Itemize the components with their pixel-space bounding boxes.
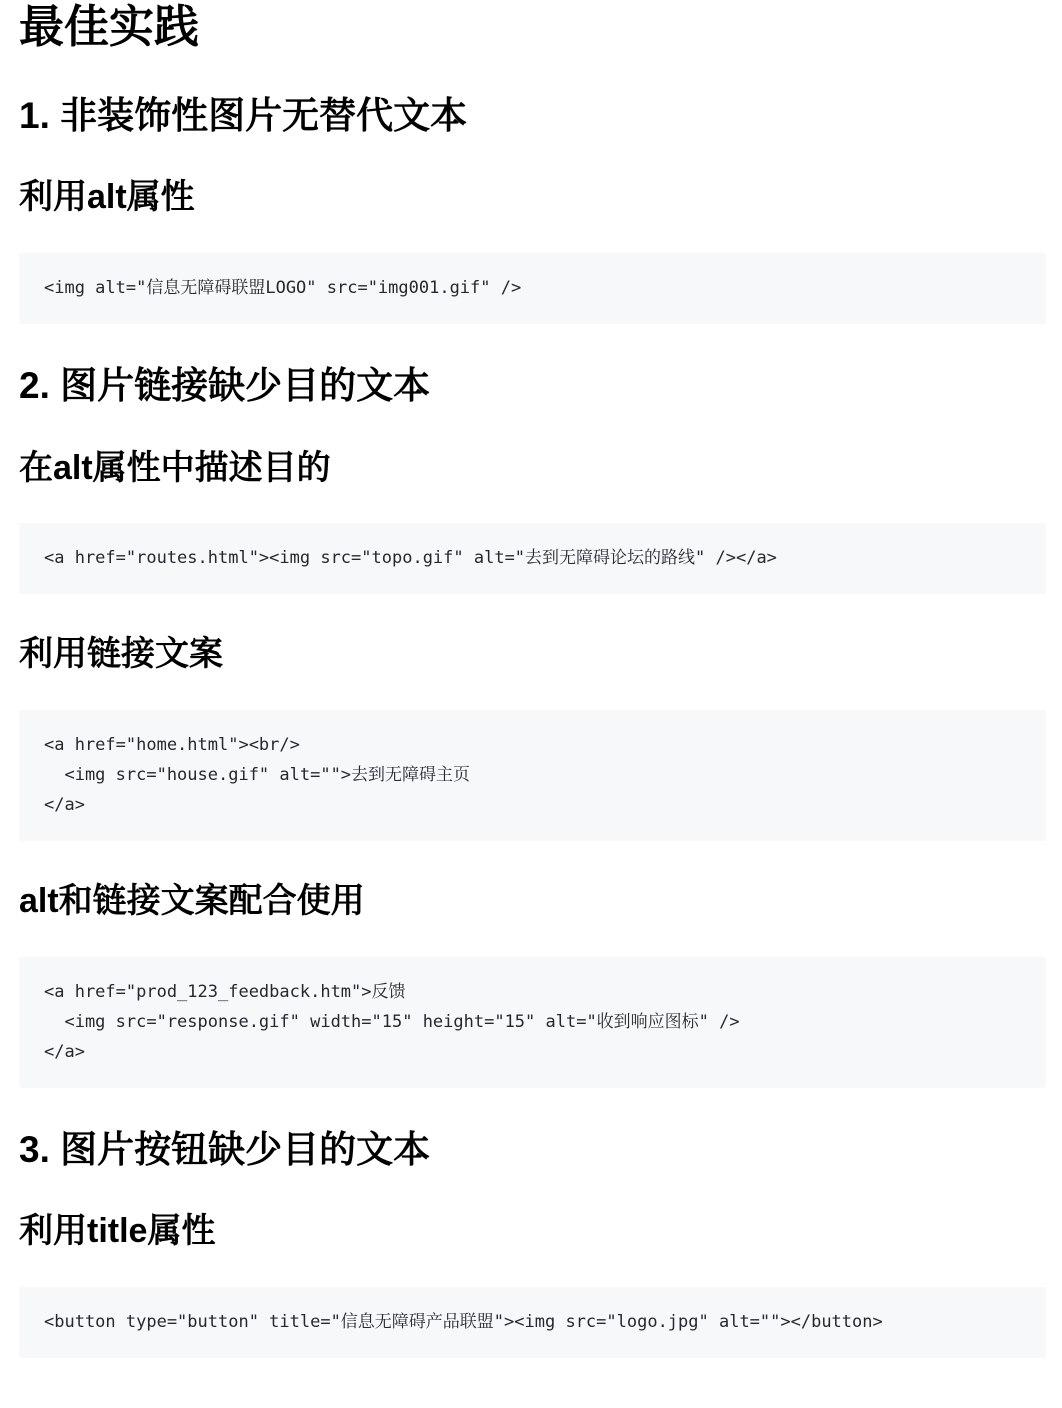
code-text-link-alt: <a href="routes.html"><img src="topo.gif… bbox=[44, 543, 1021, 573]
section-2-subheading-describe-purpose: 在alt属性中描述目的 bbox=[19, 448, 1046, 489]
code-block-link-alt: <a href="routes.html"><img src="topo.gif… bbox=[19, 523, 1046, 594]
section-2-heading: 2. 图片链接缺少目的文本 bbox=[19, 364, 1046, 408]
section-2-subheading-link-text: 利用链接文案 bbox=[19, 634, 1046, 675]
document-page: 最佳实践 1. 非装饰性图片无替代文本 利用alt属性 <img alt="信息… bbox=[0, 0, 1062, 1408]
code-block-button-title: <button type="button" title="信息无障碍产品联盟">… bbox=[19, 1287, 1046, 1358]
code-text-link-text: <a href="home.html"><br/> <img src="hous… bbox=[44, 730, 1021, 820]
section-3-subheading-title-attr: 利用title属性 bbox=[19, 1211, 1046, 1252]
section-3-heading: 3. 图片按钮缺少目的文本 bbox=[19, 1128, 1046, 1172]
section-1-subheading-alt: 利用alt属性 bbox=[19, 177, 1046, 218]
code-block-link-text: <a href="home.html"><br/> <img src="hous… bbox=[19, 710, 1046, 841]
code-text-img-alt: <img alt="信息无障碍联盟LOGO" src="img001.gif" … bbox=[44, 273, 1021, 303]
section-1-heading: 1. 非装饰性图片无替代文本 bbox=[19, 94, 1046, 138]
code-text-alt-with-link-text: <a href="prod_123_feedback.htm">反馈 <img … bbox=[44, 977, 1021, 1067]
section-2-subheading-alt-with-link-text: alt和链接文案配合使用 bbox=[19, 881, 1046, 922]
code-block-img-alt: <img alt="信息无障碍联盟LOGO" src="img001.gif" … bbox=[19, 253, 1046, 324]
code-block-alt-with-link-text: <a href="prod_123_feedback.htm">反馈 <img … bbox=[19, 957, 1046, 1088]
code-text-button-title: <button type="button" title="信息无障碍产品联盟">… bbox=[44, 1307, 1021, 1337]
page-title: 最佳实践 bbox=[19, 0, 1046, 54]
